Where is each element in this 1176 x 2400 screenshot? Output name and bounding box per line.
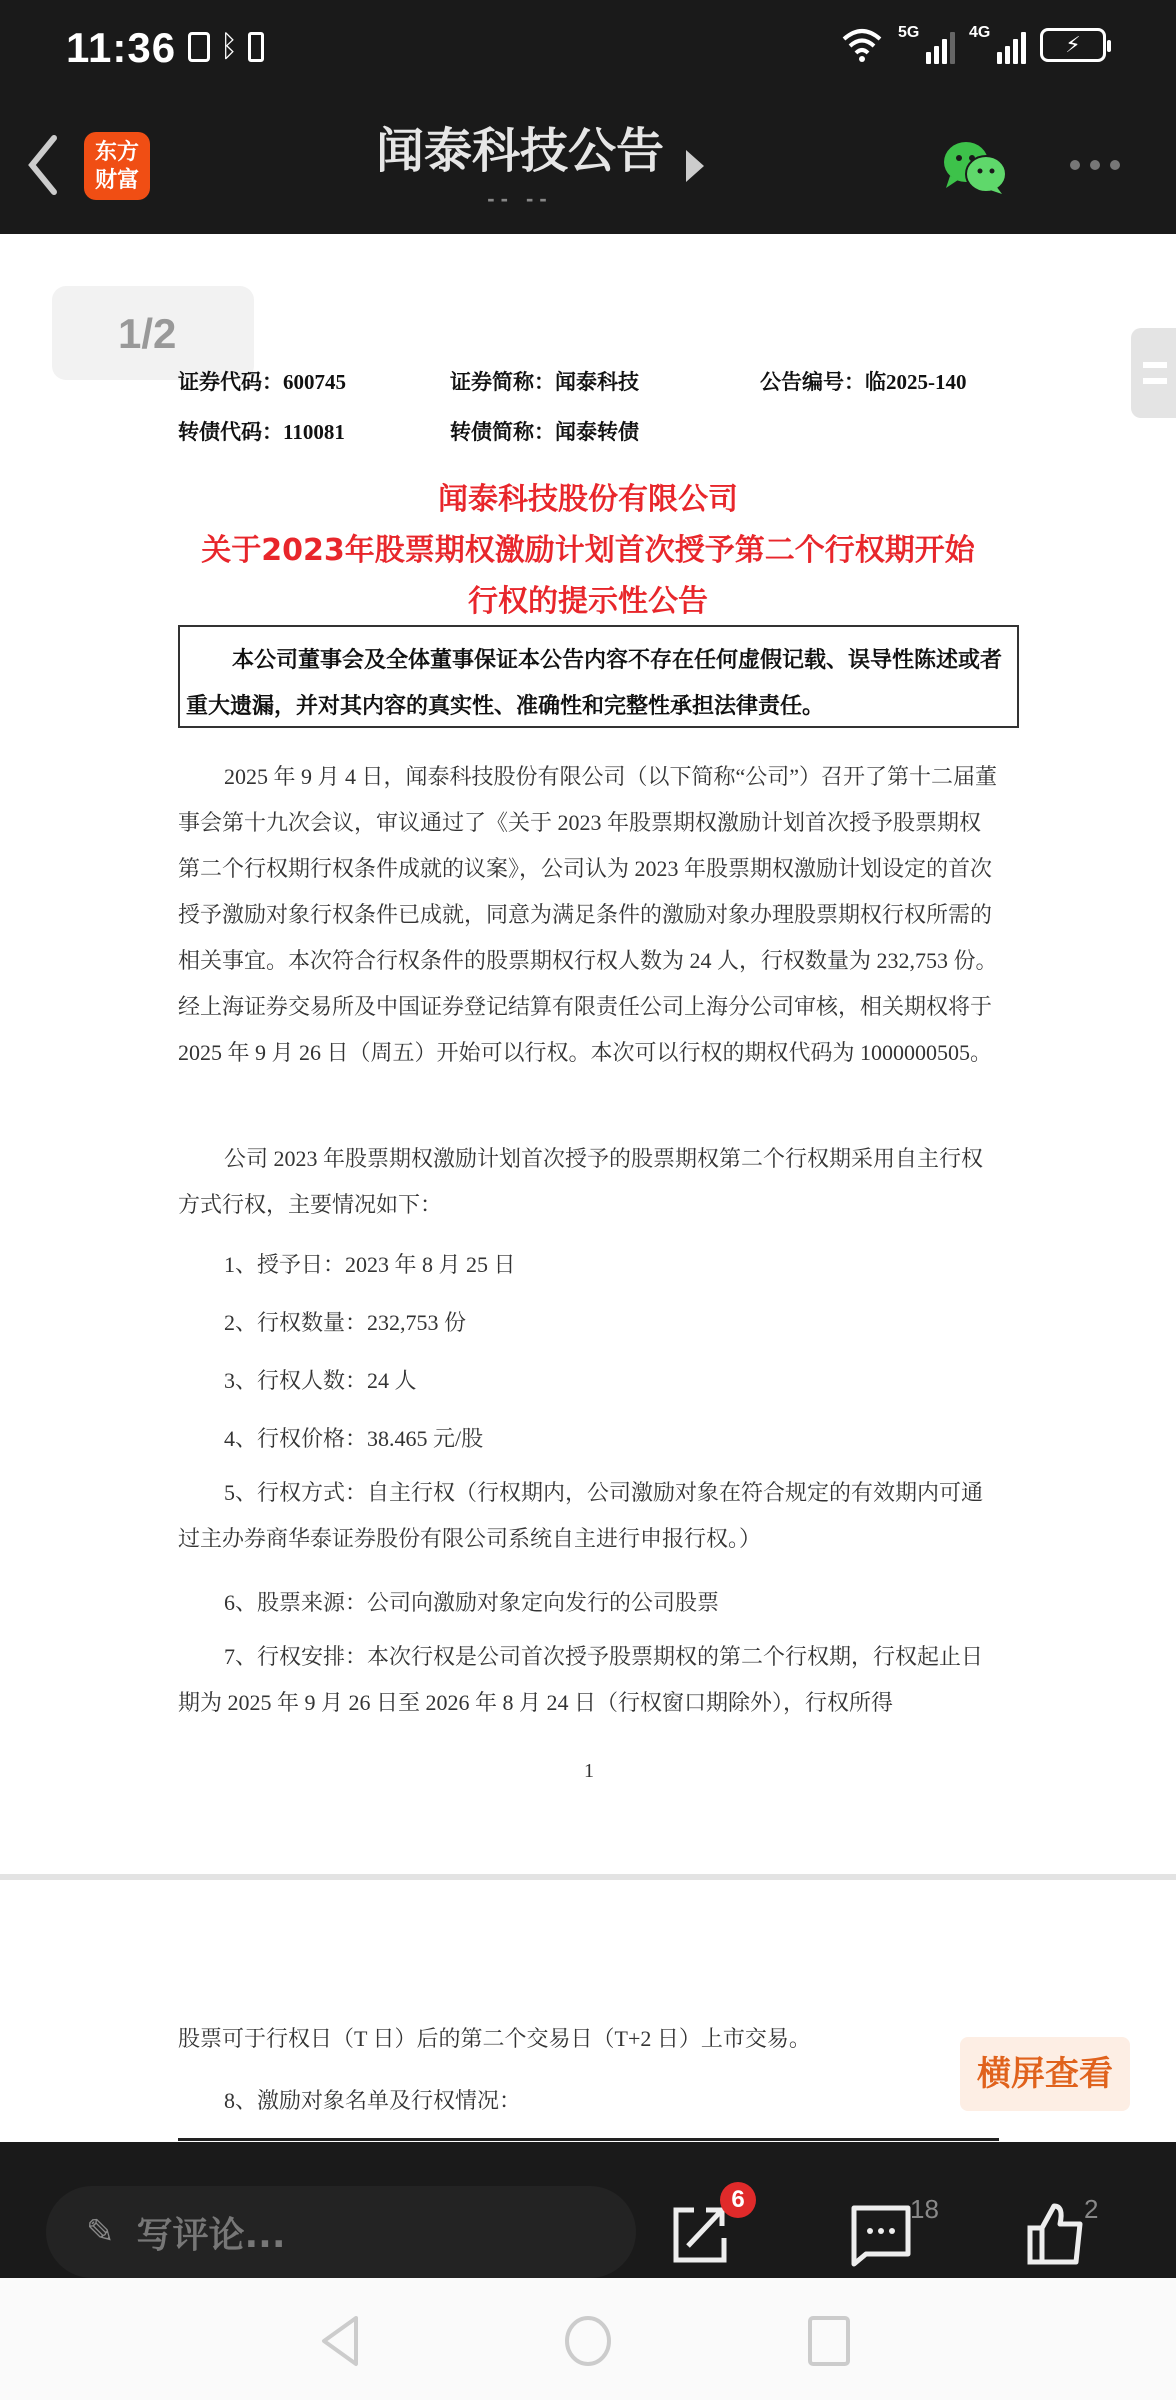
like-count: 2 xyxy=(1084,2194,1098,2225)
security-code: 证券代码：600745 xyxy=(178,370,346,394)
paragraph-2: 公司 2023 年股票期权激励计划首次授予的股票期权第二个行权期采用自主行权方式… xyxy=(178,1136,1000,1228)
battery-charging-icon: ⚡ xyxy=(1040,28,1106,62)
list-item: 6、股票来源：公司向激励对象定向发行的公司股票 xyxy=(224,1586,719,1617)
nav-home-icon[interactable] xyxy=(562,2314,614,2368)
meta-row-1: 证券代码：600745 证券简称：闻泰科技 公告编号：临2025-140 xyxy=(178,366,346,396)
list-item: 3、行权人数：24 人 xyxy=(224,1364,417,1395)
list-item: 4、行权价格：38.465 元/股 xyxy=(224,1422,483,1453)
status-time: 11:36 xyxy=(66,24,176,72)
bond-code: 转债代码：110081 xyxy=(178,420,345,444)
signal-4g-icon: 4G xyxy=(969,26,1026,64)
nav-recents-icon[interactable] xyxy=(806,2314,852,2368)
comment-placeholder: 写评论... xyxy=(137,2207,286,2258)
bottom-action-bar: ✎ 写评论... 6 18 2 xyxy=(0,2142,1176,2278)
list-item: 7、行权安排：本次行权是公司首次授予股票期权的第二个行权期，行权起止日期为 20… xyxy=(178,1634,1000,1726)
page2-continuation: 股票可于行权日（T 日）后的第二个交易日（T+2 日）上市交易。 xyxy=(178,2016,1000,2062)
system-navigation-bar xyxy=(0,2278,1176,2400)
status-left-icons: ᛒ xyxy=(188,30,264,64)
header-title[interactable]: 闻泰科技公告 xyxy=(0,112,1040,181)
more-options-icon[interactable] xyxy=(1070,160,1120,170)
header-subtitle: -- -- xyxy=(0,186,1040,212)
doc-title-line-1: 闻泰科技股份有限公司 xyxy=(150,474,1026,518)
list-item: 5、行权方式：自主行权（行权期内，公司激励对象在符合规定的有效期内可通过主办券商… xyxy=(178,1470,1000,1562)
doc-title-line-2: 关于2023年股票期权激励计划首次授予第二个行权期开始 xyxy=(150,525,1026,569)
list-item: 1、授予日：2023 年 8 月 25 日 xyxy=(224,1248,516,1279)
wechat-share-icon[interactable] xyxy=(940,138,1010,196)
landscape-view-button[interactable]: 横屏查看 xyxy=(960,2037,1130,2111)
vibrate-icon xyxy=(248,32,264,62)
security-name: 证券简称：闻泰科技 xyxy=(450,366,639,396)
page-number: 1 xyxy=(584,1760,594,1783)
nav-back-icon[interactable] xyxy=(316,2314,366,2368)
list-item: 8、激励对象名单及行权情况： xyxy=(224,2084,521,2115)
play-icon[interactable] xyxy=(686,150,704,182)
top-bar: 11:36 ᛒ 5G 4G ⚡ 东方 财富 闻泰科技公告 -- -- xyxy=(0,0,1176,234)
comment-count: 18 xyxy=(910,2194,939,2225)
bluetooth-icon: ᛒ xyxy=(220,30,238,64)
side-menu-handle[interactable] xyxy=(1131,328,1176,418)
meta-row-2: 转债代码：110081 转债简称：闻泰转债 xyxy=(178,416,345,446)
nfc-icon xyxy=(188,32,210,62)
disclaimer-text: 本公司董事会及全体董事保证本公告内容不存在任何虚假记载、误导性陈述或者重大遗漏，… xyxy=(186,637,1011,729)
pencil-icon: ✎ xyxy=(86,2212,115,2252)
page-separator xyxy=(0,1874,1176,1880)
announcement-number: 公告编号：临2025-140 xyxy=(760,366,967,396)
share-count-badge: 6 xyxy=(720,2182,756,2218)
doc-title-line-3: 行权的提示性公告 xyxy=(150,576,1026,620)
paragraph-1: 2025 年 9 月 4 日，闻泰科技股份有限公司（以下简称“公司”）召开了第十… xyxy=(178,754,1000,1076)
status-right-icons: 5G 4G ⚡ xyxy=(840,26,1106,64)
list-item: 2、行权数量：232,753 份 xyxy=(224,1306,466,1337)
comment-input[interactable]: ✎ 写评论... xyxy=(46,2186,636,2278)
signal-5g-icon: 5G xyxy=(898,26,955,64)
wifi-icon xyxy=(840,27,884,63)
bond-name: 转债简称：闻泰转债 xyxy=(450,416,639,446)
comment-icon[interactable] xyxy=(848,2198,918,2268)
disclaimer-box: 本公司董事会及全体董事保证本公告内容不存在任何虚假记载、误导性陈述或者重大遗漏，… xyxy=(178,625,1019,728)
